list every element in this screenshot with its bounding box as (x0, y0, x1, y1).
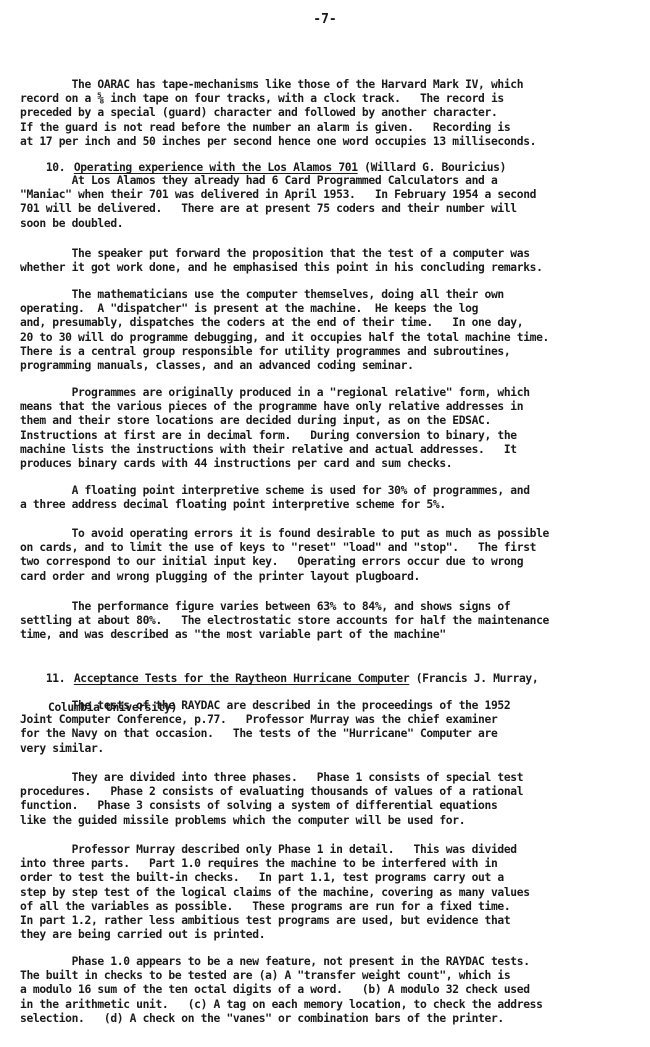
section-title: Operating experience with the Los Alamos… (74, 161, 358, 174)
paragraph-oarac-tape: The OARAC has tape-mechanisms like those… (20, 78, 640, 149)
section-number: 11. (46, 672, 74, 686)
paragraph-mathematicians: The mathematicians use the computer them… (20, 288, 640, 373)
page-number: -7- (0, 12, 650, 27)
section-speaker: (Francis J. Murray, (409, 672, 538, 685)
paragraph-operating-errors: To avoid operating errors it is found de… (20, 527, 640, 584)
document-page: -7- The OARAC has tape-mechanisms like t… (0, 0, 650, 1047)
paragraph-phase-1-detail: Professor Murray described only Phase 1 … (20, 843, 640, 942)
paragraph-phase-1-0: Phase 1.0 appears to be a new feature, n… (20, 955, 640, 1026)
paragraph-programmes: Programmes are originally produced in a … (20, 386, 640, 471)
section-speaker: (Willard G. Bouricius) (358, 161, 506, 174)
section-title: Acceptance Tests for the Raytheon Hurric… (74, 672, 409, 685)
paragraph-los-alamos: At Los Alamos they already had 6 Card Pr… (20, 174, 640, 231)
paragraph-three-phases: They are divided into three phases. Phas… (20, 771, 640, 828)
paragraph-raydac-tests: The tests of the RAYDAC are described in… (20, 699, 640, 756)
paragraph-speaker-proposition: The speaker put forward the proposition … (20, 247, 640, 275)
paragraph-floating-point: A floating point interpretive scheme is … (20, 484, 640, 512)
paragraph-performance: The performance figure varies between 63… (20, 600, 640, 643)
